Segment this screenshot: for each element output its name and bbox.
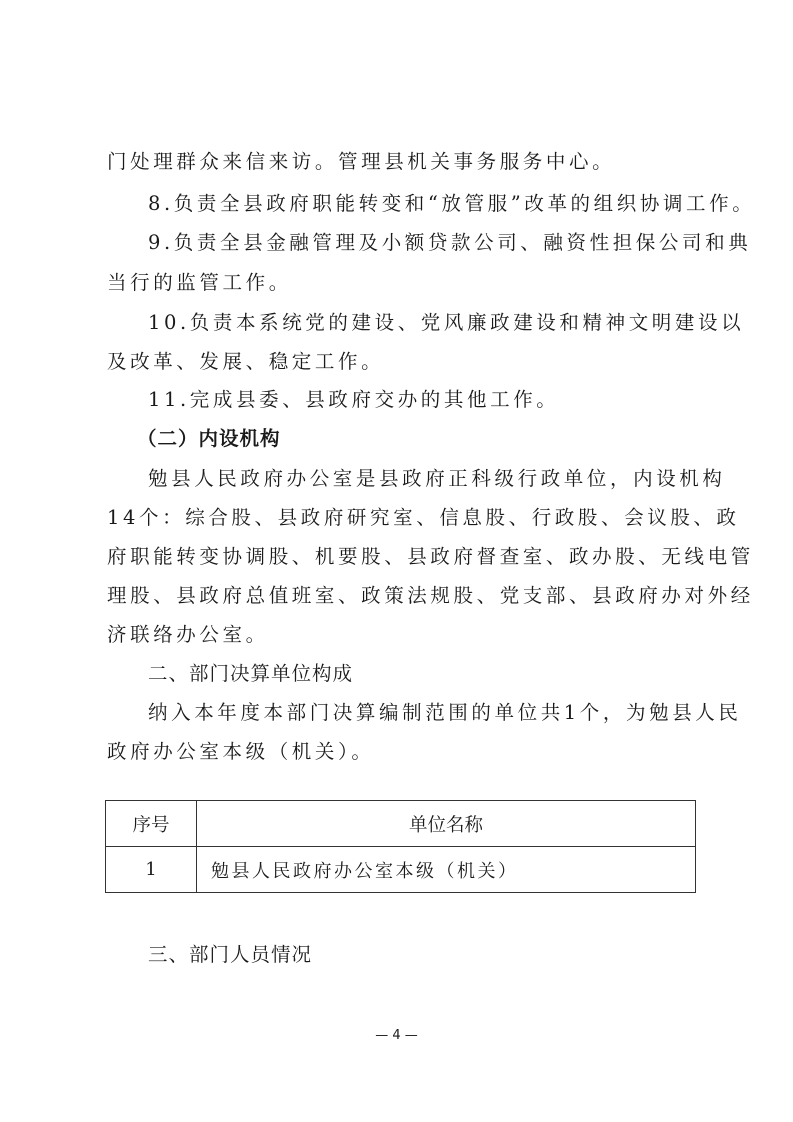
cell-unit-name: 勉县人民政府办公室本级（机关）	[197, 847, 696, 893]
units-table: 序号 单位名称 1 勉县人民政府办公室本级（机关）	[105, 800, 696, 893]
paragraph-line: 14个：综合股、县政府研究室、信息股、行政股、会议股、政	[107, 503, 740, 533]
section-heading-staff: 三、部门人员情况	[148, 940, 312, 970]
duty-item-10: 10.负责本系统党的建设、党风廉政建设和精神文明建设以	[148, 308, 744, 338]
paragraph-line: 勉县人民政府办公室是县政府正科级行政单位，内设机构	[148, 464, 726, 494]
page-number: — 4 —	[0, 1028, 793, 1043]
paragraph-line: 府职能转变协调股、机要股、县政府督查室、政办股、无线电管	[107, 542, 754, 572]
paragraph-line: 理股、县政府总值班室、政策法规股、党支部、县政府办对外经	[107, 581, 754, 611]
paragraph-line: 当行的监管工作。	[107, 268, 292, 298]
duty-item-9: 9.负责全县金融管理及小额贷款公司、融资性担保公司和典	[148, 228, 751, 258]
paragraph-line: 济联络办公室。	[107, 620, 269, 650]
table-header-row: 序号 单位名称	[106, 801, 696, 847]
header-serial-number: 序号	[106, 801, 197, 847]
header-unit-name: 单位名称	[197, 801, 696, 847]
cell-serial-number: 1	[106, 847, 197, 893]
section-heading-internal-structure: （二）内设机构	[137, 424, 281, 454]
section-heading-units: 二、部门决算单位构成	[148, 659, 353, 689]
paragraph-line: 纳入本年度本部门决算编制范围的单位共1个，为勉县人民	[148, 698, 742, 728]
duty-item-8: 8.负责全县政府职能转变和“放管服”改革的组织协调工作。	[148, 189, 755, 219]
paragraph-line: 门处理群众来信来访。管理县机关事务服务中心。	[107, 147, 615, 177]
paragraph-line: 及改革、发展、稳定工作。	[107, 347, 384, 377]
paragraph-line: 政府办公室本级（机关）。	[107, 737, 374, 767]
duty-item-11: 11.完成县委、县政府交办的其他工作。	[148, 385, 559, 415]
table-row: 1 勉县人民政府办公室本级（机关）	[106, 847, 696, 893]
